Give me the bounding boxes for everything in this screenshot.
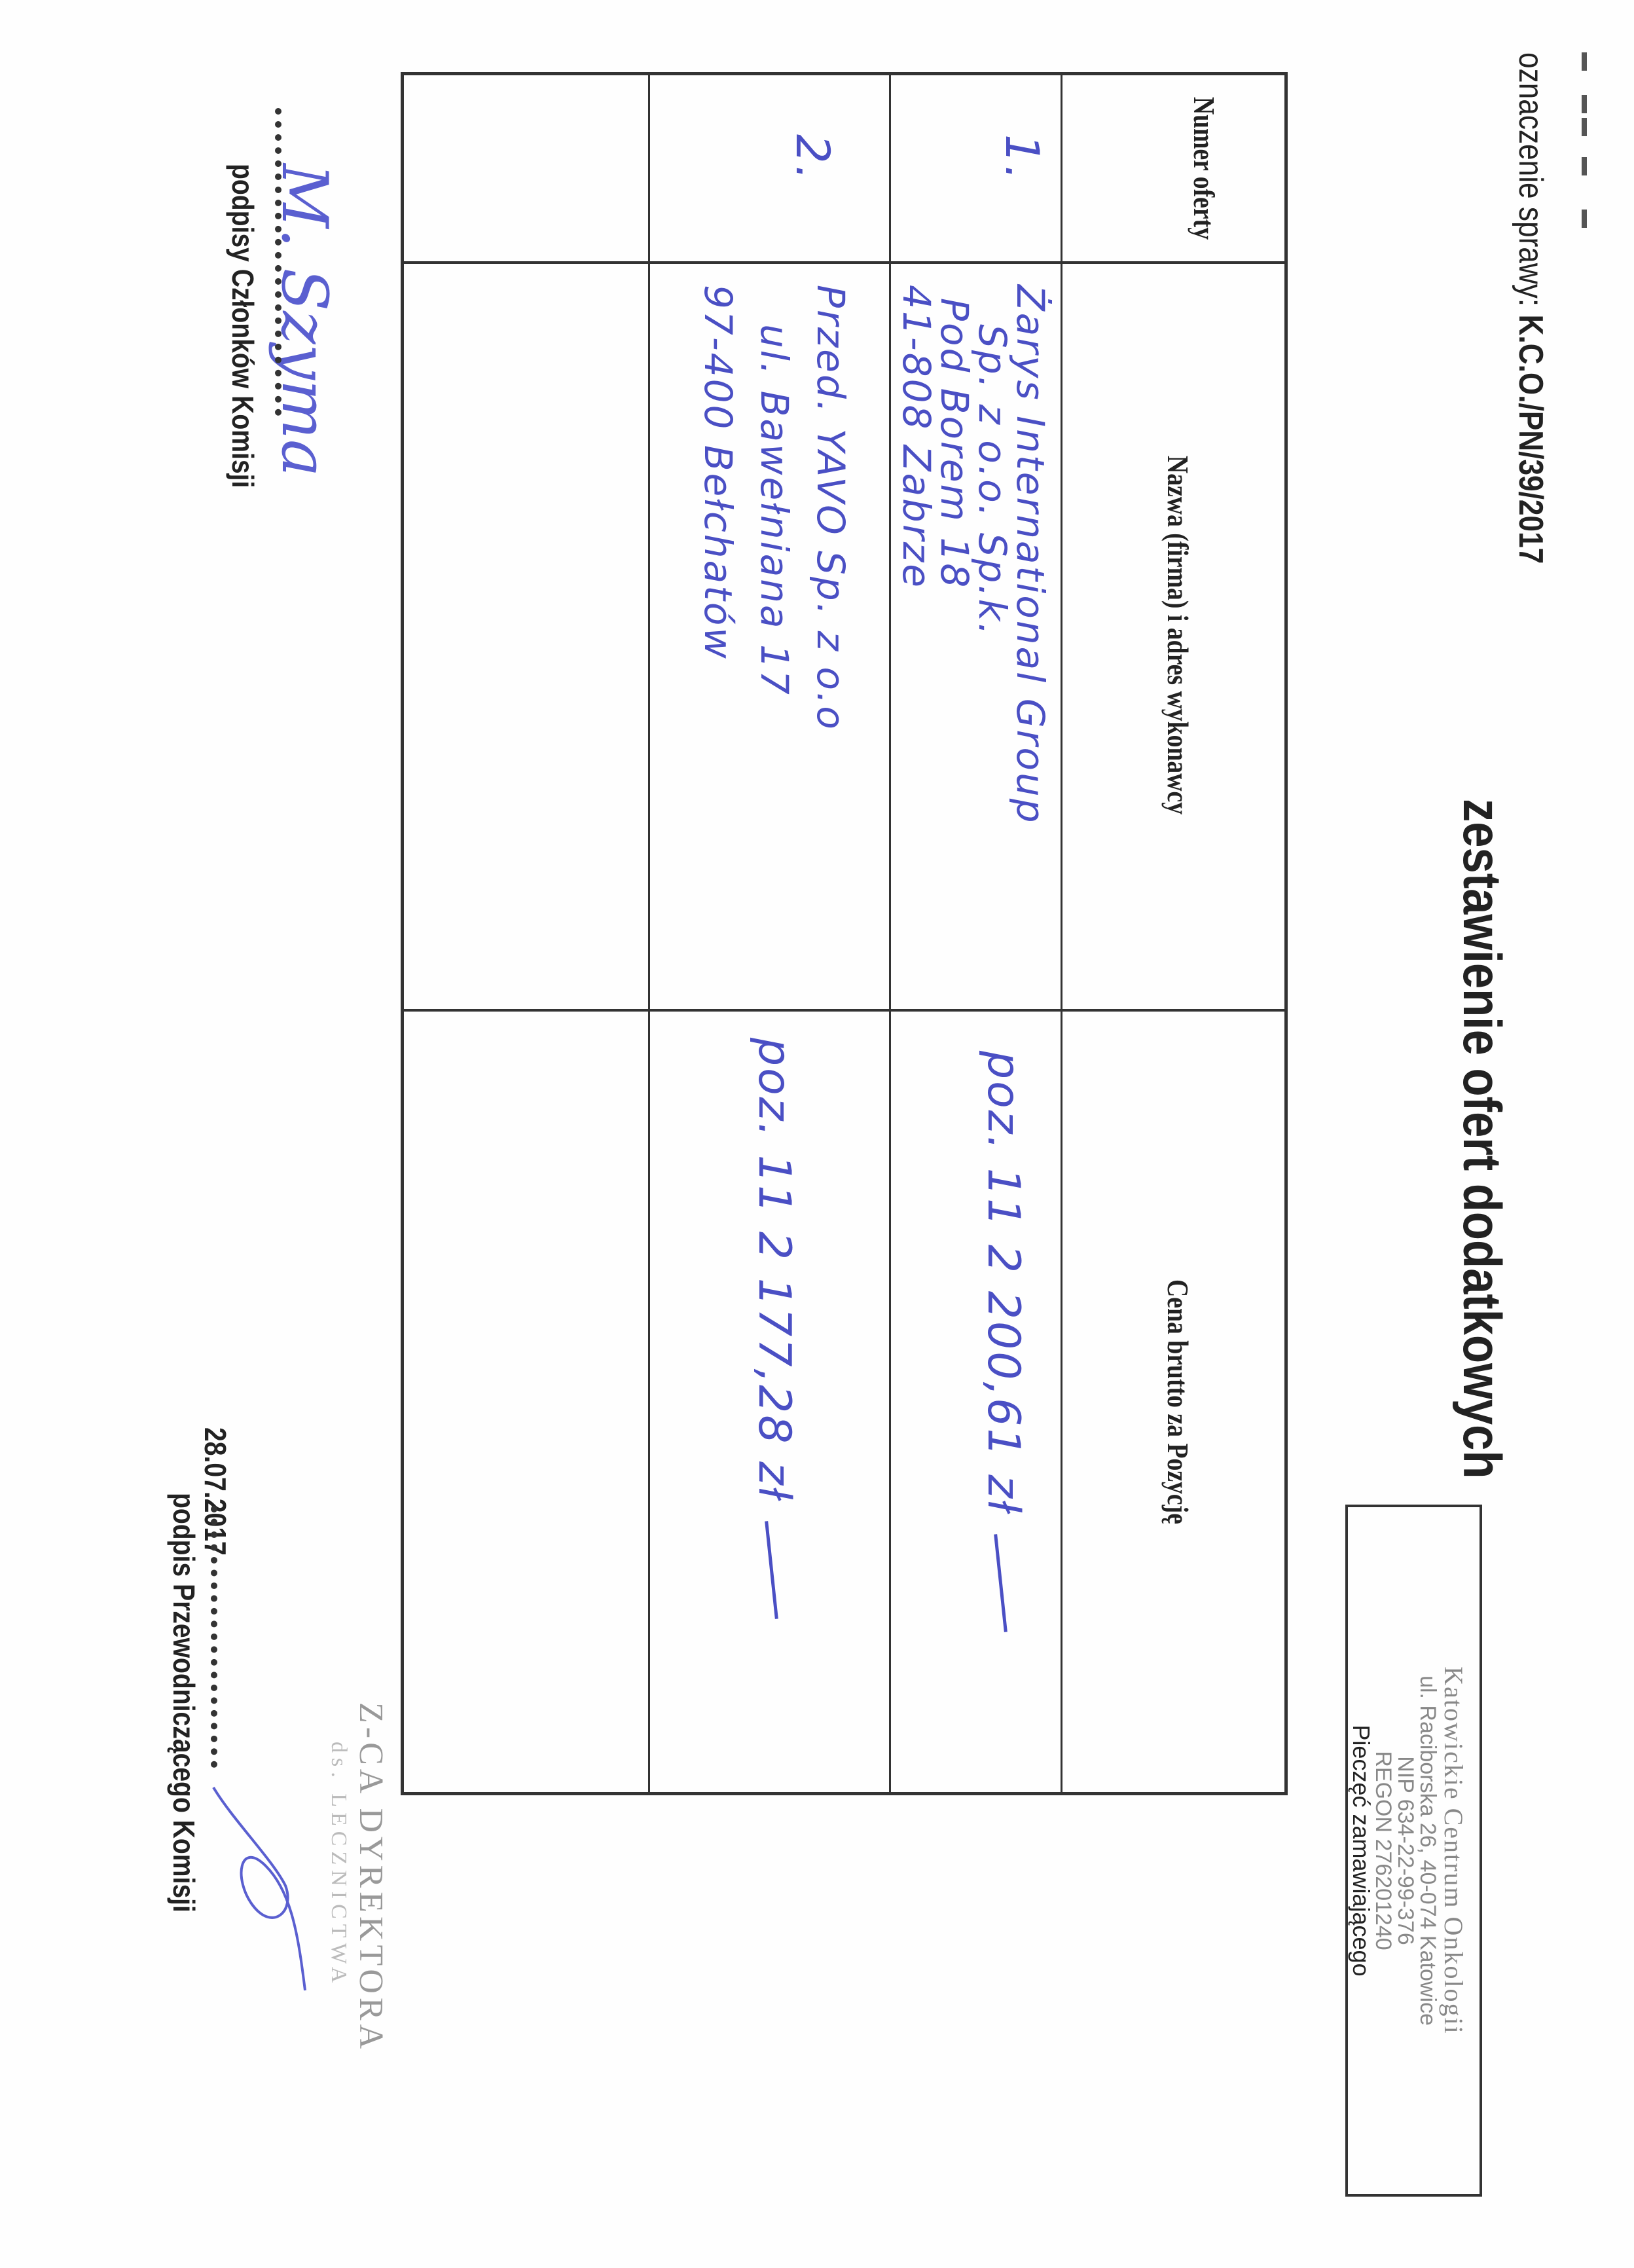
contractor-line: 97-400 Bełchatów [690,285,746,731]
offers-table: Numer oferty Nazwa (firma) i adres wykon… [401,72,1288,1795]
chairman-handwritten-signature [200,1781,312,1997]
document-page: oznaczenie sprawy: K.C.O./PN/39/2017 zes… [0,0,1634,2268]
chairman-signature-label: podpis Przewodniczącego Komisji [166,1493,202,1912]
column-header-contractor-text: Nazwa (firma) i adres wykonawcy [1161,456,1195,814]
offer-price-text: poz. 11 2 177,28 zł [748,1038,800,1501]
director-stamp-title: Z-CA DYREKTORA [352,1702,390,2053]
director-stamp-sub: ds. LECZNICTWA [326,1742,351,1988]
empty-cell [401,75,650,261]
members-signature-line [275,108,281,416]
scan-mark [1582,157,1587,175]
column-header-price-text: Cena brutto za Pozycję [1161,1279,1195,1524]
offer-price-text: poz. 11 2 200,61 zł [977,1051,1029,1514]
offer-price: poz. 11 2 177,28 zł [748,1038,800,1619]
document-title: zestawienie ofert dodatkowych [1451,799,1512,1478]
scan-mark [1582,210,1587,228]
stamp-caption: Pieczęć zamawiającego [1347,1507,1375,2194]
orderer-stamp-box: Katowickie Centrum Onkologii ul. Racibor… [1345,1505,1482,2197]
row-divider [648,75,650,1792]
column-header-contractor: Nazwa (firma) i adres wykonawcy [1163,329,1193,942]
row-divider [1061,75,1062,1792]
scan-mark [1582,118,1587,136]
contractor-address: Przed. YAVO Sp. z o.o ul. Bawełniana 17 … [690,285,859,731]
contractor-line: Przed. YAVO Sp. z o.o [803,285,859,731]
scan-mark [1582,52,1587,71]
offer-price: poz. 11 2 200,61 zł [977,1051,1029,1632]
chairman-signature-line [211,1506,217,1768]
column-header-price: Cena brutto za Pozycję [1163,1080,1193,1724]
case-ref-label: oznaczenie sprawy: [1512,52,1550,314]
price-underline [994,1535,1008,1633]
scan-edge [1588,0,1634,2268]
members-signature-label: podpisy Członków Komisji [225,164,261,488]
case-ref-value: K.C.O./PN/39/2017 [1512,314,1550,564]
price-underline [765,1522,778,1620]
contractor-line: ul. Bawełniana 17 [746,324,803,731]
column-header-number: Numer oferty [1189,92,1219,245]
column-divider [404,1009,1284,1012]
column-header-number-text: Numer oferty [1188,97,1221,240]
stamp-address: ul. Raciborska 26, 40-074 Katowice [1415,1507,1440,2194]
case-reference: oznaczenie sprawy: K.C.O./PN/39/2017 [1511,52,1550,564]
offer-number: 2. [786,134,839,182]
contractor-line: 41-808 Zabrze [888,285,945,825]
offer-number: 1. [995,134,1049,182]
column-divider [404,261,1284,264]
contractor-address: Żarys International Group Sp. z o.o. Sp.… [888,285,1059,825]
scan-mark [1582,95,1587,113]
stamp-nip: NIP 634-22-99-376 [1392,1507,1418,2194]
stamp-org-name: Katowickie Centrum Onkologii [1438,1507,1469,2194]
